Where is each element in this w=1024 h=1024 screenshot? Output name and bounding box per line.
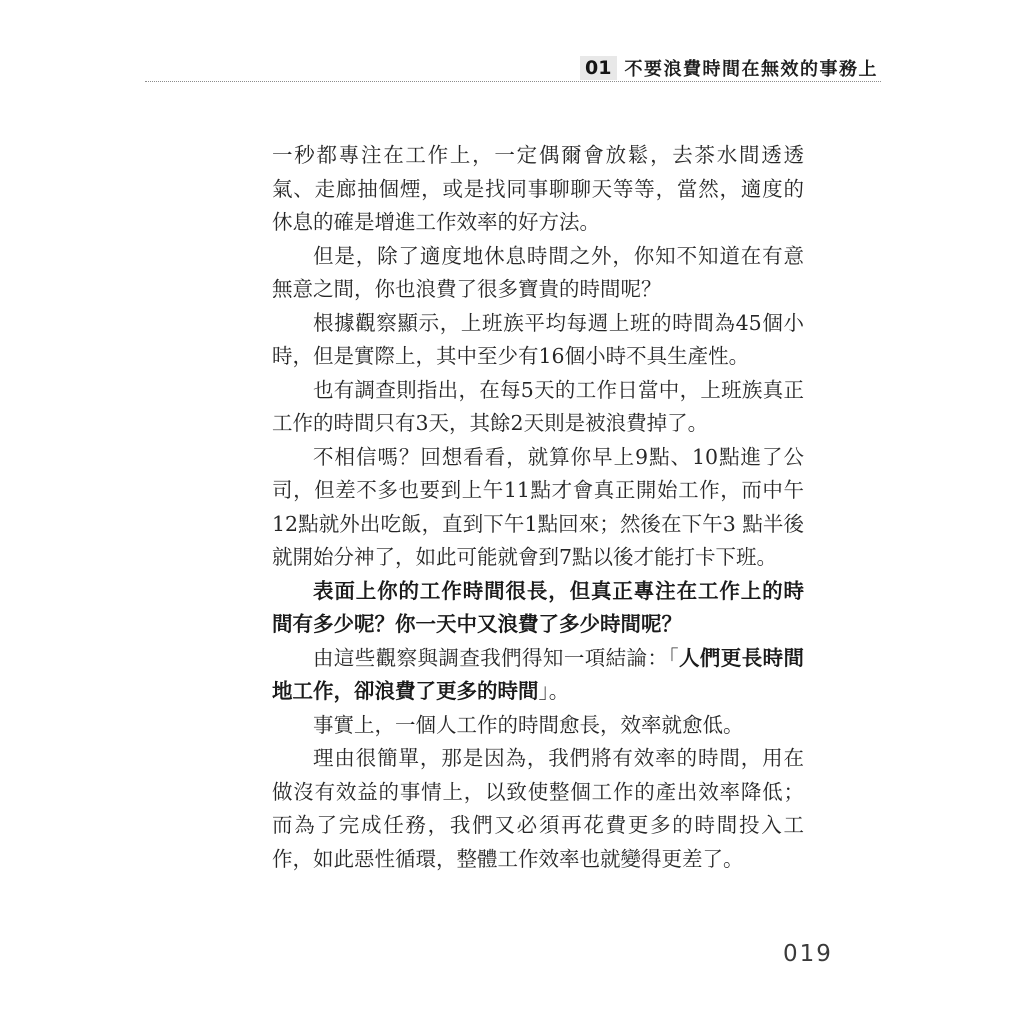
page-header: 01 不要浪費時間在無效的事務上 — [580, 55, 878, 81]
paragraph-run: 由這些觀察與調查我們得知一項結論：「 — [313, 646, 679, 670]
chapter-number-badge: 01 — [580, 56, 616, 80]
body-paragraph: 事實上，一個人工作的時間愈長，效率就愈低。 — [272, 709, 804, 743]
paragraph-run: 」。 — [539, 679, 570, 703]
body-paragraph-emphasis: 表面上你的工作時間很長，但真正專注在工作上的時間有多少呢？你一天中又浪費了多少時… — [272, 575, 804, 642]
body-text-block: 一秒都專注在工作上，一定偶爾會放鬆，去茶水間透透氣、走廊抽個煙，或是找同事聊聊天… — [272, 139, 804, 876]
chapter-title: 不要浪費時間在無效的事務上 — [625, 55, 879, 81]
page-number: 019 — [783, 941, 833, 967]
body-paragraph: 一秒都專注在工作上，一定偶爾會放鬆，去茶水間透透氣、走廊抽個煙，或是找同事聊聊天… — [272, 139, 804, 240]
body-paragraph: 根據觀察顯示，上班族平均每週上班的時間為45個小時，但是實際上，其中至少有16個… — [272, 307, 804, 374]
body-paragraph: 不相信嗎？回想看看，就算你早上9點、10點進了公司，但差不多也要到上午11點才會… — [272, 441, 804, 575]
header-rule — [145, 81, 881, 82]
body-paragraph: 由這些觀察與調查我們得知一項結論：「人們更長時間地工作，卻浪費了更多的時間」。 — [272, 642, 804, 709]
book-page: 01 不要浪費時間在無效的事務上 一秒都專注在工作上，一定偶爾會放鬆，去茶水間透… — [0, 0, 1024, 1024]
body-paragraph: 但是，除了適度地休息時間之外，你知不知道在有意無意之間，你也浪費了很多寶貴的時間… — [272, 240, 804, 307]
body-paragraph: 也有調查則指出，在每5天的工作日當中，上班族真正工作的時間只有3天，其餘2天則是… — [272, 374, 804, 441]
body-paragraph: 理由很簡單，那是因為，我們將有效率的時間，用在做沒有效益的事情上，以致使整個工作… — [272, 742, 804, 876]
